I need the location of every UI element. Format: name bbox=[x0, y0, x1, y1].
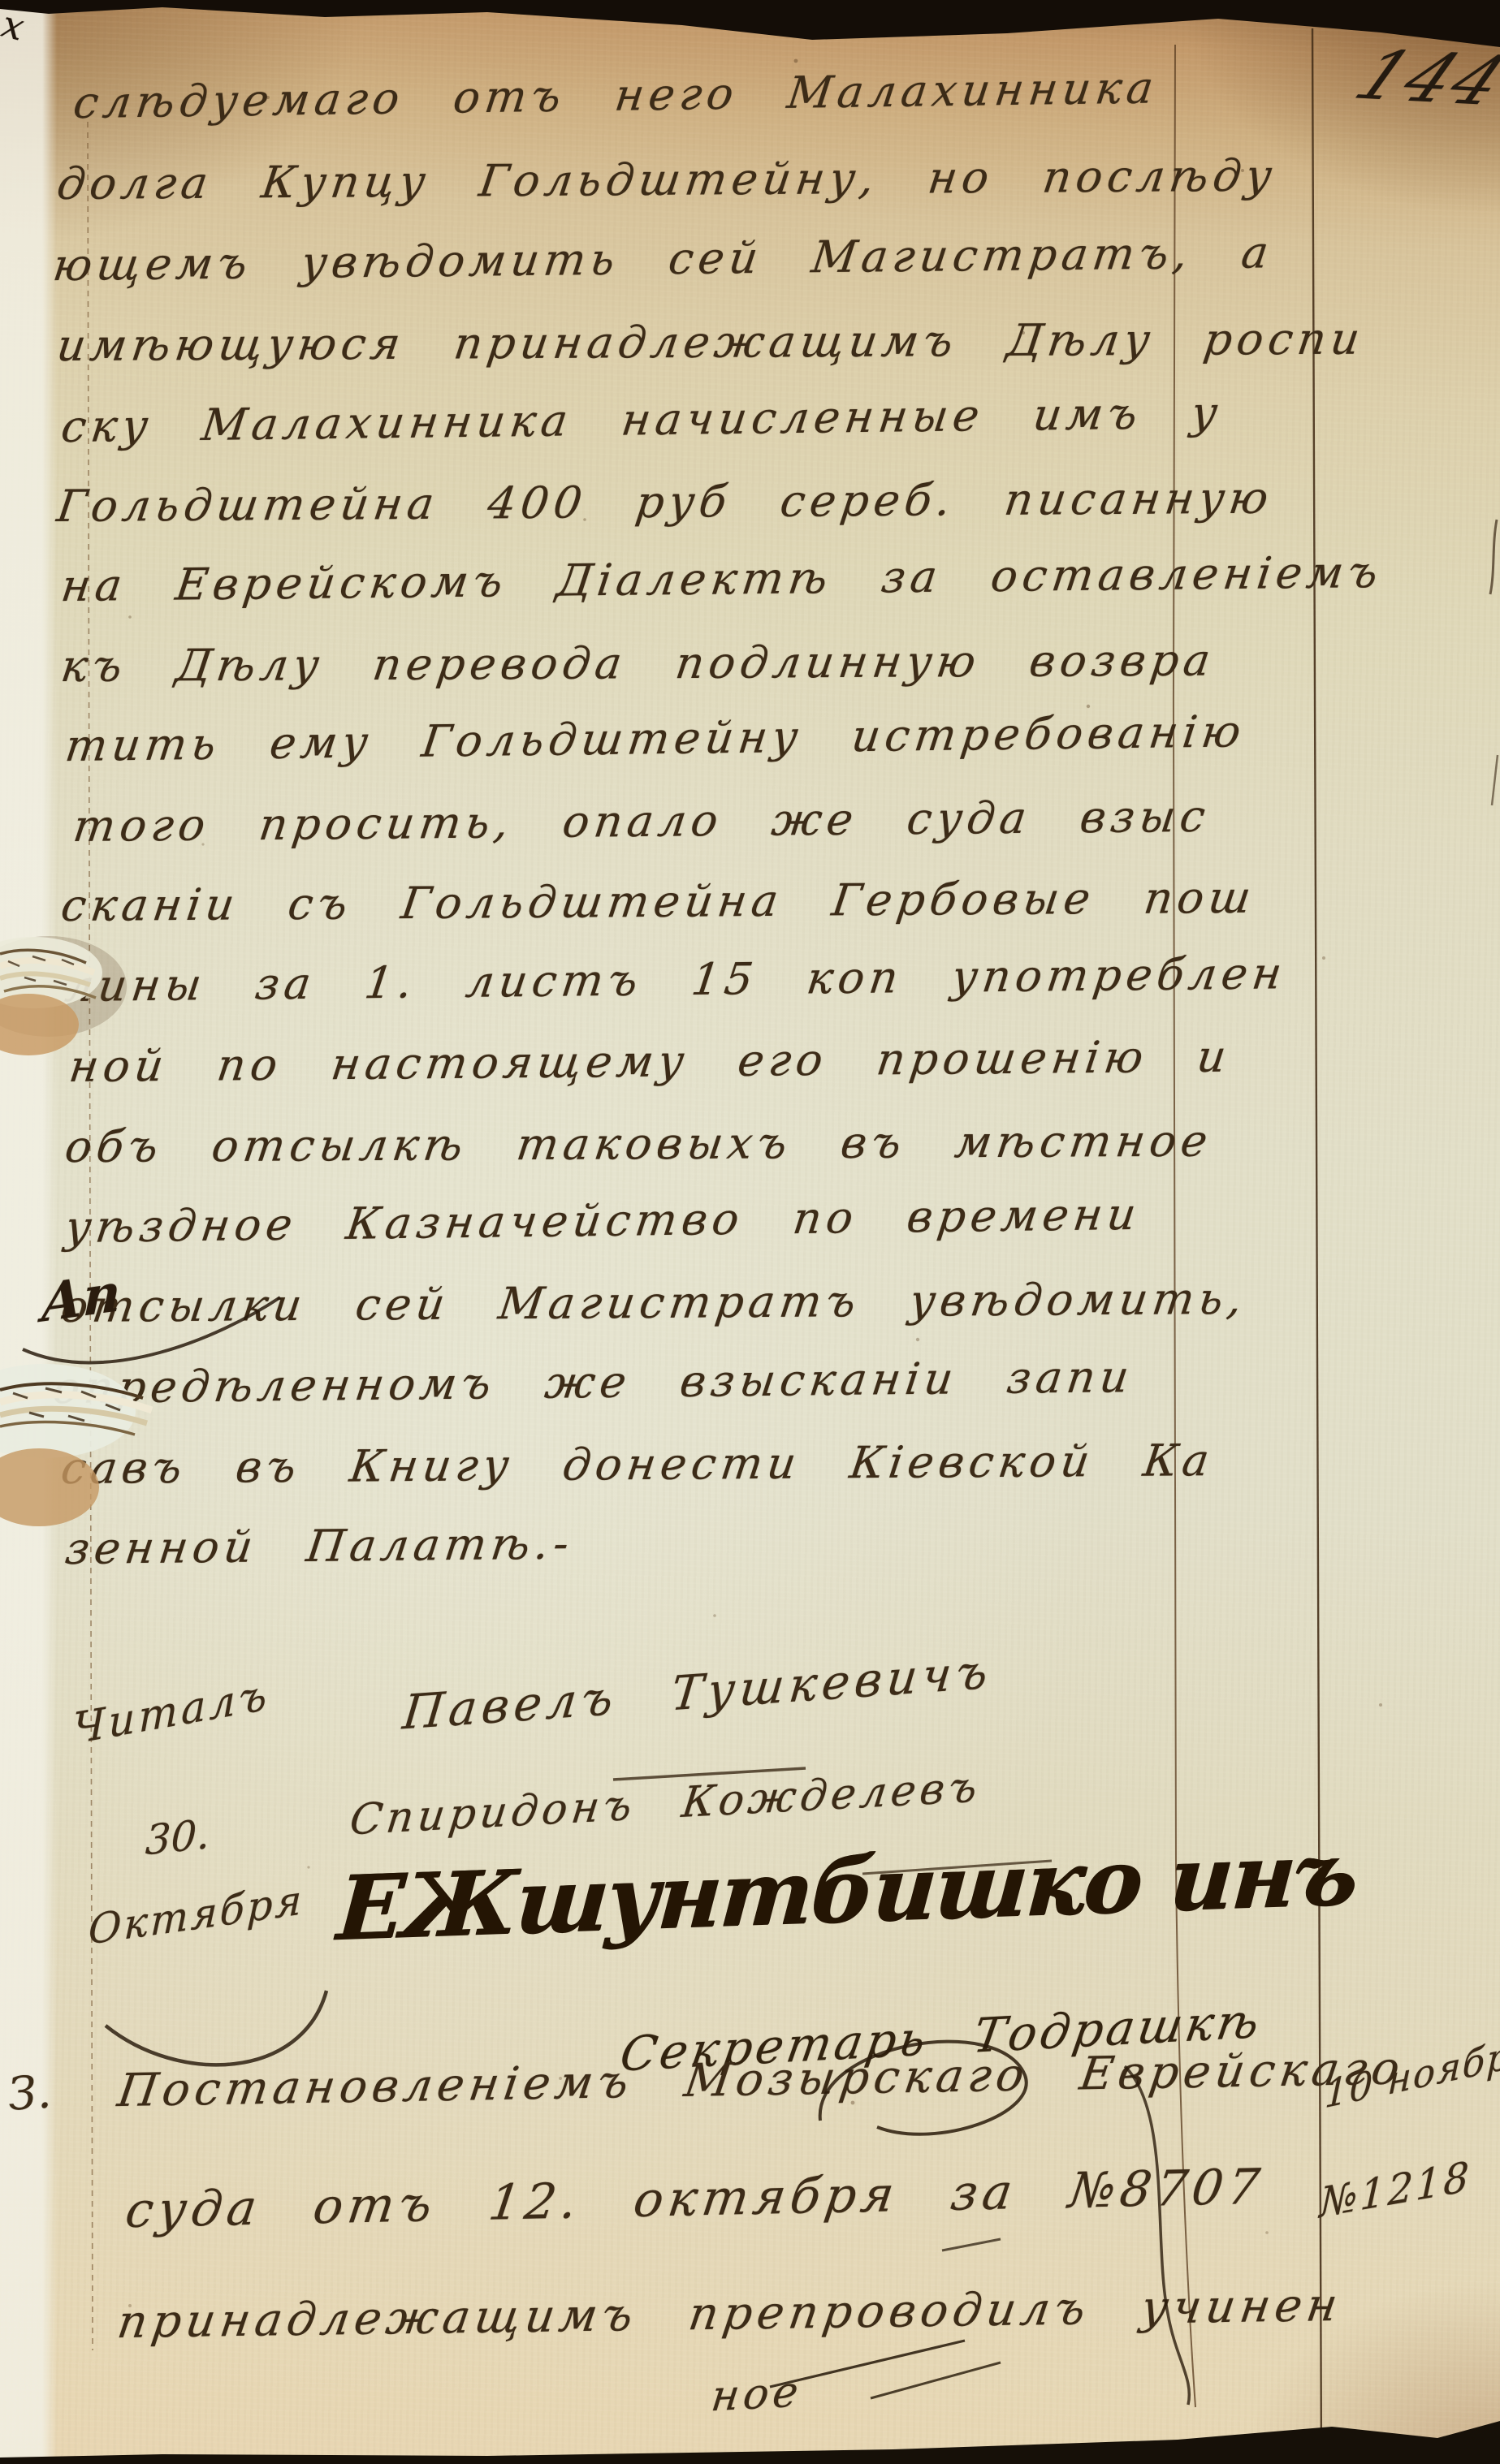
resolution-line: суда отъ 12. октября за №8707 bbox=[122, 2159, 1268, 2240]
number-underline bbox=[942, 2239, 1001, 2250]
body-text-line: ску Малахинника начисленные имъ у bbox=[58, 387, 1226, 453]
body-text-line: зенной Палатѣ.- bbox=[63, 1517, 577, 1574]
read-note-flourish bbox=[106, 1991, 326, 2065]
resolution-line: принадлежащимъ препроводилъ учинен bbox=[115, 2279, 1346, 2349]
resolution-line: Постановленіемъ Мозырскаго Еврейскаго bbox=[115, 2042, 1408, 2117]
body-text-line: лины за 1. листъ 15 коп употреблен bbox=[63, 947, 1290, 1012]
margin-correction-mark: Ап bbox=[40, 1262, 121, 1335]
right-edge-ink-bleed bbox=[1490, 520, 1498, 805]
page-bottom-dark-edge bbox=[0, 2417, 1500, 2464]
resolution-entry-number: З. bbox=[6, 2065, 53, 2121]
outer-right-margin-rule bbox=[1312, 28, 1321, 2464]
body-text-line: къ Дѣлу перевода подлинную возвра bbox=[58, 635, 1218, 692]
body-text-line: уѣздное Казначейство по времени bbox=[63, 1189, 1143, 1253]
body-text-line: отсылки сей Магистратъ увѣдомить, bbox=[58, 1273, 1251, 1332]
corner-pen-mark: х bbox=[0, 2, 28, 50]
body-text-line: опредѣленномъ же взысканіи запи bbox=[50, 1351, 1137, 1413]
page-number: 144 bbox=[1342, 36, 1500, 121]
body-text-line: на Еврейскомъ Діалектѣ за оставленіемъ bbox=[58, 546, 1385, 611]
catchword: ное bbox=[709, 2367, 806, 2421]
body-text-line: савъ въ Книгу донести Кіевской Ка bbox=[58, 1435, 1217, 1494]
body-text-line: тить ему Гольдштейну истребованію bbox=[63, 706, 1249, 771]
signature-scrawl: ЕЖшунтбишко инъ bbox=[334, 1822, 1360, 1960]
page-top-dark-edge bbox=[0, 0, 1500, 49]
body-text-line: долга Купцу Гольдштейну, но послѣду bbox=[54, 150, 1280, 210]
body-text-line: сканіи съ Гольдштейна Гербовые пош bbox=[58, 872, 1259, 931]
body-text-line: объ отсылкѣ таковыхъ въ мѣстное bbox=[62, 1115, 1215, 1172]
right-margin-number-note: №1218 bbox=[1319, 2152, 1472, 2227]
signature-name-1: Павелъ Тушкевичъ bbox=[400, 1643, 996, 1740]
margin-read-note-month: Октября bbox=[88, 1876, 305, 1954]
margin-read-note-day: 30. bbox=[145, 1810, 210, 1865]
manuscript-page: 144 х слѣдуемаго отъ него Малахинника до… bbox=[0, 0, 1500, 2464]
body-text-line: ной по настоящему его прошенію и bbox=[67, 1031, 1234, 1093]
body-text-line: Гольдштейна 400 руб сереб. писанную bbox=[54, 473, 1277, 533]
signature-name-2: Спиридонъ Кожделевъ bbox=[348, 1763, 984, 1845]
margin-read-note-word: Читалъ bbox=[73, 1670, 270, 1754]
body-text-line: имѣющуюся принадлежащимъ Дѣлу роспи bbox=[54, 313, 1367, 371]
body-text-line: ющемъ увѣдомить сей Магистратъ, а bbox=[50, 227, 1277, 291]
body-text-line: того просить, опало же суда взыс bbox=[71, 791, 1213, 852]
body-text-line: слѣдуемаго отъ него Малахинника bbox=[71, 62, 1161, 128]
